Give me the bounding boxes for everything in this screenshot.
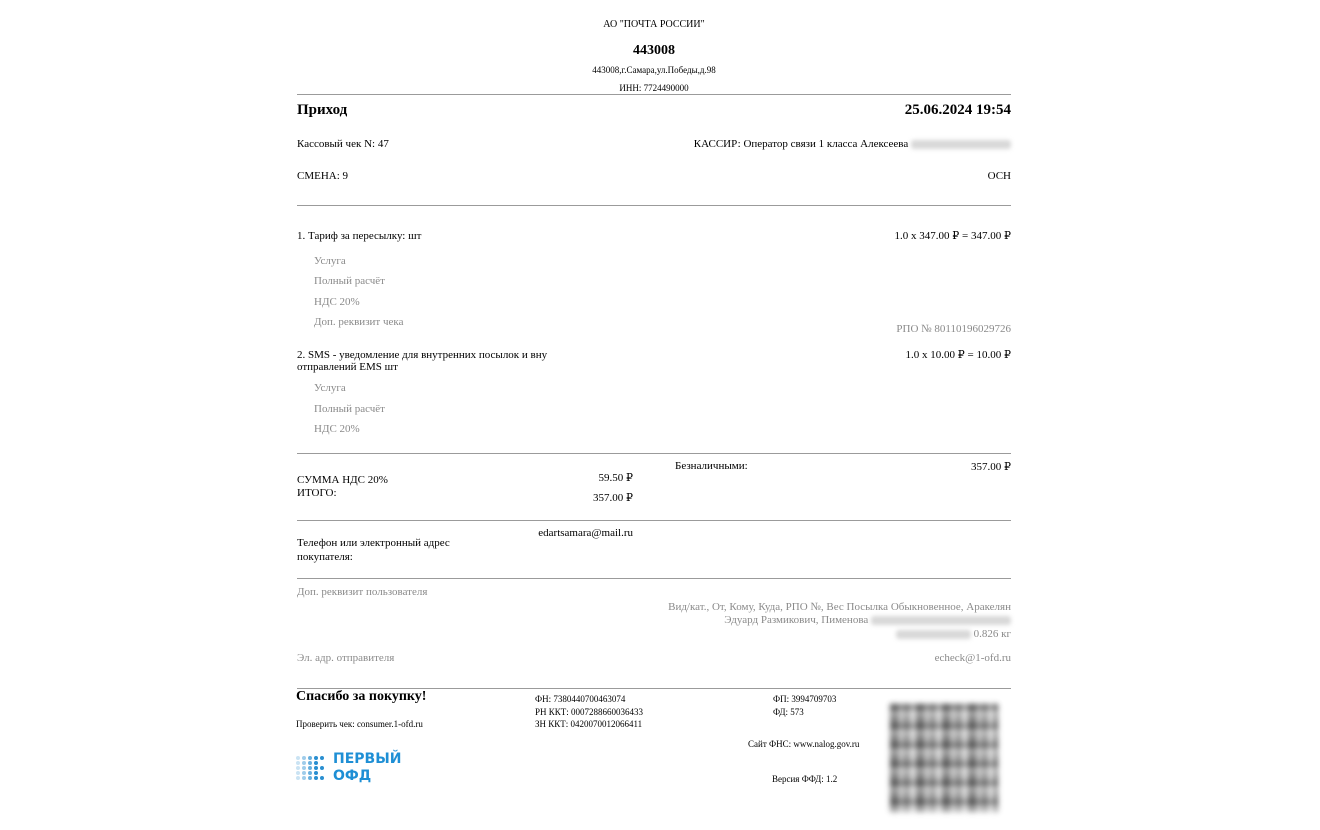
- item-2-attr: НДС 20%: [314, 423, 360, 435]
- logo-line2: ОФД: [333, 768, 401, 785]
- item-1-attr: Услуга: [314, 255, 346, 267]
- buyer-label-cont: покупателя:: [297, 551, 353, 563]
- user-attr-line1: Вид/кат., От, Кому, Куда, РПО №, Вес Пос…: [668, 601, 1011, 613]
- shift: СМЕНА: 9: [297, 170, 348, 182]
- vat-value: 59.50 ₽: [599, 471, 634, 484]
- total-label: ИТОГО:: [297, 487, 337, 499]
- sender-email: echeck@1-ofd.ru: [935, 652, 1011, 664]
- item-1-attr: НДС 20%: [314, 296, 360, 308]
- redacted-name: [911, 140, 1011, 149]
- item-1-attr: Полный расчёт: [314, 275, 385, 287]
- fns-site[interactable]: Сайт ФНС: www.nalog.gov.ru: [748, 739, 859, 749]
- inn: ИНН: 7724490000: [297, 83, 1011, 93]
- user-attr-line3: 0.826 кг: [896, 628, 1011, 640]
- redacted-text: [896, 630, 971, 639]
- cashier-label: КАССИР: Оператор связи 1 класса Алексеев…: [694, 138, 908, 150]
- org-name: АО "ПОЧТА РОССИИ": [297, 19, 1011, 30]
- user-attr-line2: Эдуард Размикович, Пименова: [724, 614, 1011, 626]
- item-2-name: 2. SMS - уведомление для внутренних посы…: [297, 349, 547, 361]
- logo-text: ПЕРВЫЙ ОФД: [333, 751, 401, 785]
- fd-number: ФД: 573: [773, 707, 804, 717]
- check-number: Кассовый чек N: 47: [297, 138, 389, 150]
- zn-kkt: ЗН ККТ: 0420070012066411: [535, 719, 642, 729]
- divider: [297, 94, 1011, 95]
- divider: [297, 453, 1011, 454]
- redacted-text: [871, 616, 1011, 625]
- receipt-datetime: 25.06.2024 19:54: [905, 102, 1011, 119]
- item-1-calc: 1.0 x 347.00 ₽ = 347.00 ₽: [895, 229, 1011, 242]
- item-1-rpo: РПО № 80110196029726: [896, 323, 1011, 335]
- user-attr-line2-text: Эдуард Размикович, Пименова: [724, 614, 868, 626]
- first-ofd-logo: ПЕРВЫЙ ОФД: [296, 751, 401, 785]
- item-2-attr: Услуга: [314, 382, 346, 394]
- item-2-calc: 1.0 x 10.00 ₽ = 10.00 ₽: [906, 348, 1011, 361]
- item-2-name-cont: отправлений EMS шт: [297, 361, 398, 373]
- cashless-label: Безналичными:: [675, 460, 748, 472]
- logo-line1: ПЕРВЫЙ: [333, 751, 401, 768]
- receipt-type: Приход: [297, 102, 347, 119]
- item-1-name: 1. Тариф за пересылку: шт: [297, 230, 421, 242]
- cashier: КАССИР: Оператор связи 1 класса Алексеев…: [694, 138, 1011, 150]
- fp-number: ФП: 3994709703: [773, 694, 836, 704]
- logo-dots-icon: [296, 756, 325, 780]
- item-1-attr: Доп. реквизит чека: [314, 316, 403, 328]
- item-2-attr: Полный расчёт: [314, 403, 385, 415]
- weight: 0.826 кг: [974, 628, 1011, 640]
- thanks-text: Спасибо за покупку!: [296, 689, 426, 705]
- divider: [297, 578, 1011, 579]
- fn-number: ФН: 7380440700463074: [535, 694, 625, 704]
- buyer-email: edartsamara@mail.ru: [538, 527, 633, 539]
- ffd-version: Версия ФФД: 1.2: [772, 774, 837, 784]
- divider: [297, 205, 1011, 206]
- vat-label: СУММА НДС 20%: [297, 474, 388, 486]
- cashless-value: 357.00 ₽: [971, 460, 1011, 473]
- address: 443008,г.Самара,ул.Победы,д.98: [297, 65, 1011, 75]
- qr-code: [890, 704, 998, 812]
- user-attr-label: Доп. реквизит пользователя: [297, 586, 427, 598]
- tax-system: ОСН: [988, 170, 1011, 182]
- rn-kkt: РН ККТ: 0007288660036433: [535, 707, 643, 717]
- total-value: 357.00 ₽: [593, 491, 633, 504]
- divider: [297, 520, 1011, 521]
- sender-label: Эл. адр. отправителя: [297, 652, 394, 664]
- post-index: 443008: [297, 43, 1011, 59]
- buyer-label: Телефон или электронный адрес: [297, 537, 450, 549]
- check-link[interactable]: Проверить чек: consumer.1-ofd.ru: [296, 719, 423, 729]
